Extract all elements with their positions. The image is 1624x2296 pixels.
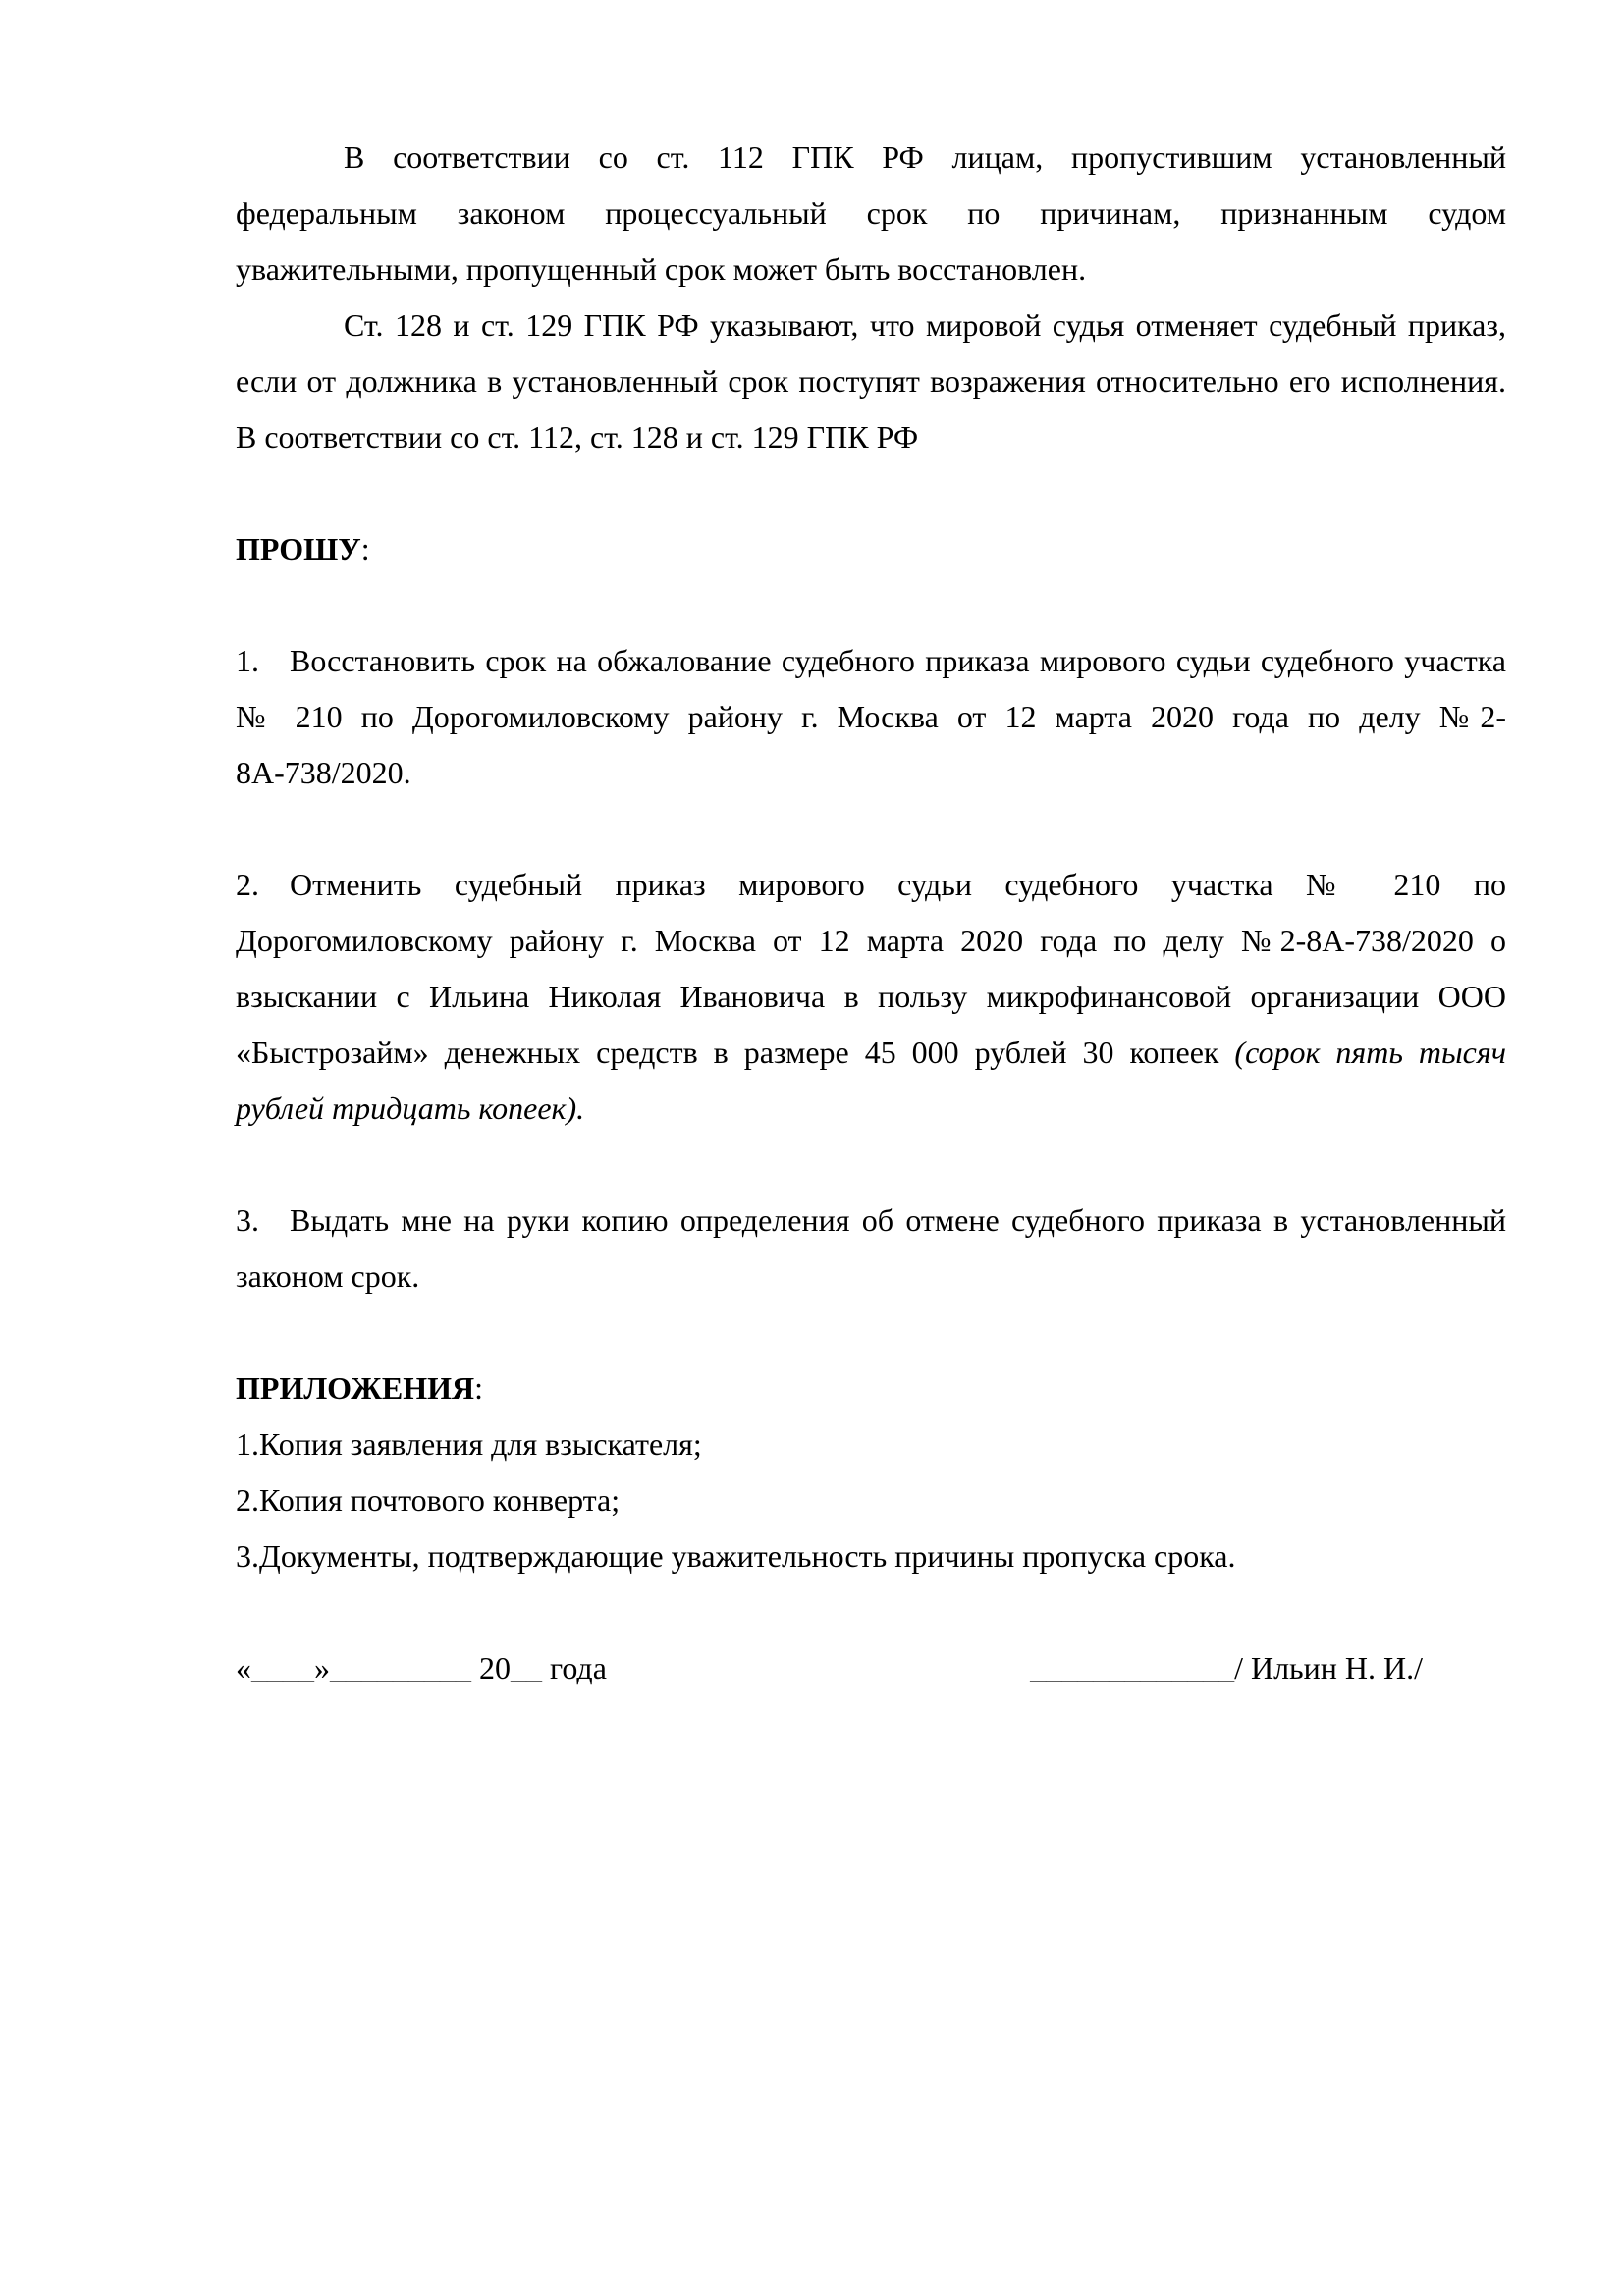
petition-item-1-text: Восстановить срок на обжалование судебно…	[236, 643, 1506, 790]
signature-blank-line: _____________/ Ильин Н. И./	[1030, 1640, 1423, 1696]
petition-item-3-text: Выдать мне на руки копию определения об …	[236, 1202, 1506, 1294]
attachment-item-1: 1.Копия заявления для взыскателя;	[236, 1416, 1506, 1472]
attachments-heading-colon: :	[474, 1370, 483, 1406]
petition-item-1: 1.Восстановить срок на обжалование судеб…	[236, 633, 1506, 801]
court-petition-page: В соответствии со ст. 112 ГПК РФ лицам, …	[0, 0, 1624, 2296]
legal-basis-paragraph-1: В соответствии со ст. 112 ГПК РФ лицам, …	[236, 130, 1506, 297]
attachment-item-3: 3.Документы, подтверждающие уважительнос…	[236, 1528, 1506, 1584]
request-heading: ПРОШУ:	[236, 521, 1506, 577]
petition-item-3: 3.Выдать мне на руки копию определения о…	[236, 1193, 1506, 1305]
legal-basis-paragraph-2: Ст. 128 и ст. 129 ГПК РФ указывают, что …	[236, 297, 1506, 465]
date-blank-line: «____»_________ 20__ года	[236, 1640, 607, 1696]
attachments-heading: ПРИЛОЖЕНИЯ:	[236, 1361, 1506, 1416]
request-heading-label: ПРОШУ	[236, 531, 361, 566]
request-heading-colon: :	[361, 531, 370, 566]
attachment-item-2: 2.Копия почтового конверта;	[236, 1472, 1506, 1528]
petition-item-2: 2.Отменить судебный приказ мирового судь…	[236, 857, 1506, 1137]
document-content: В соответствии со ст. 112 ГПК РФ лицам, …	[0, 0, 1624, 1696]
petition-item-2-number: 2.	[236, 857, 290, 913]
attachments-heading-label: ПРИЛОЖЕНИЯ	[236, 1370, 474, 1406]
petition-item-1-number: 1.	[236, 633, 290, 689]
signature-row: «____»_________ 20__ года _____________/…	[236, 1640, 1506, 1696]
petition-item-3-number: 3.	[236, 1193, 290, 1249]
